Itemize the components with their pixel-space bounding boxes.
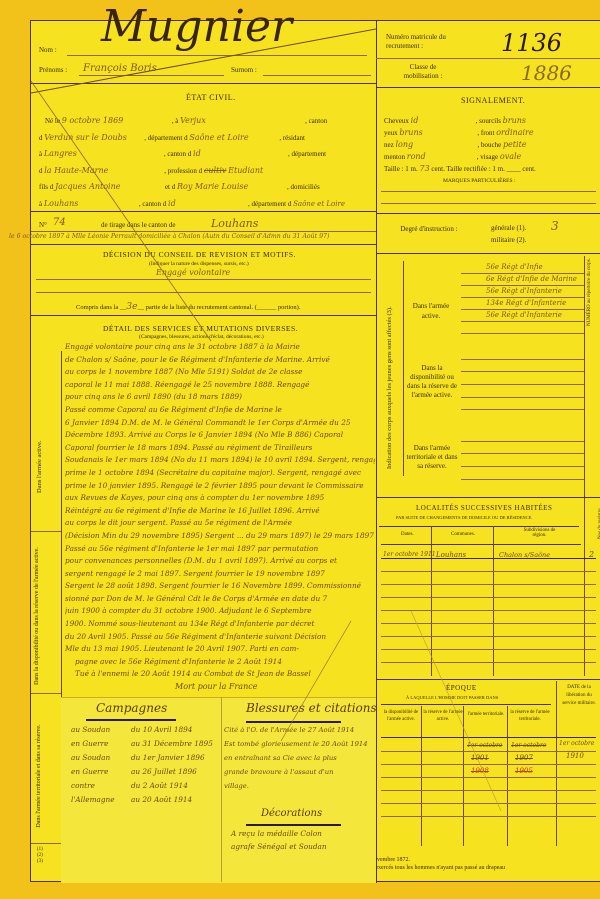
- registre-matricule-sheet: Nom : Mugnier Prénoms : François Boris S…: [30, 20, 600, 882]
- cancellation-lines: [31, 21, 600, 883]
